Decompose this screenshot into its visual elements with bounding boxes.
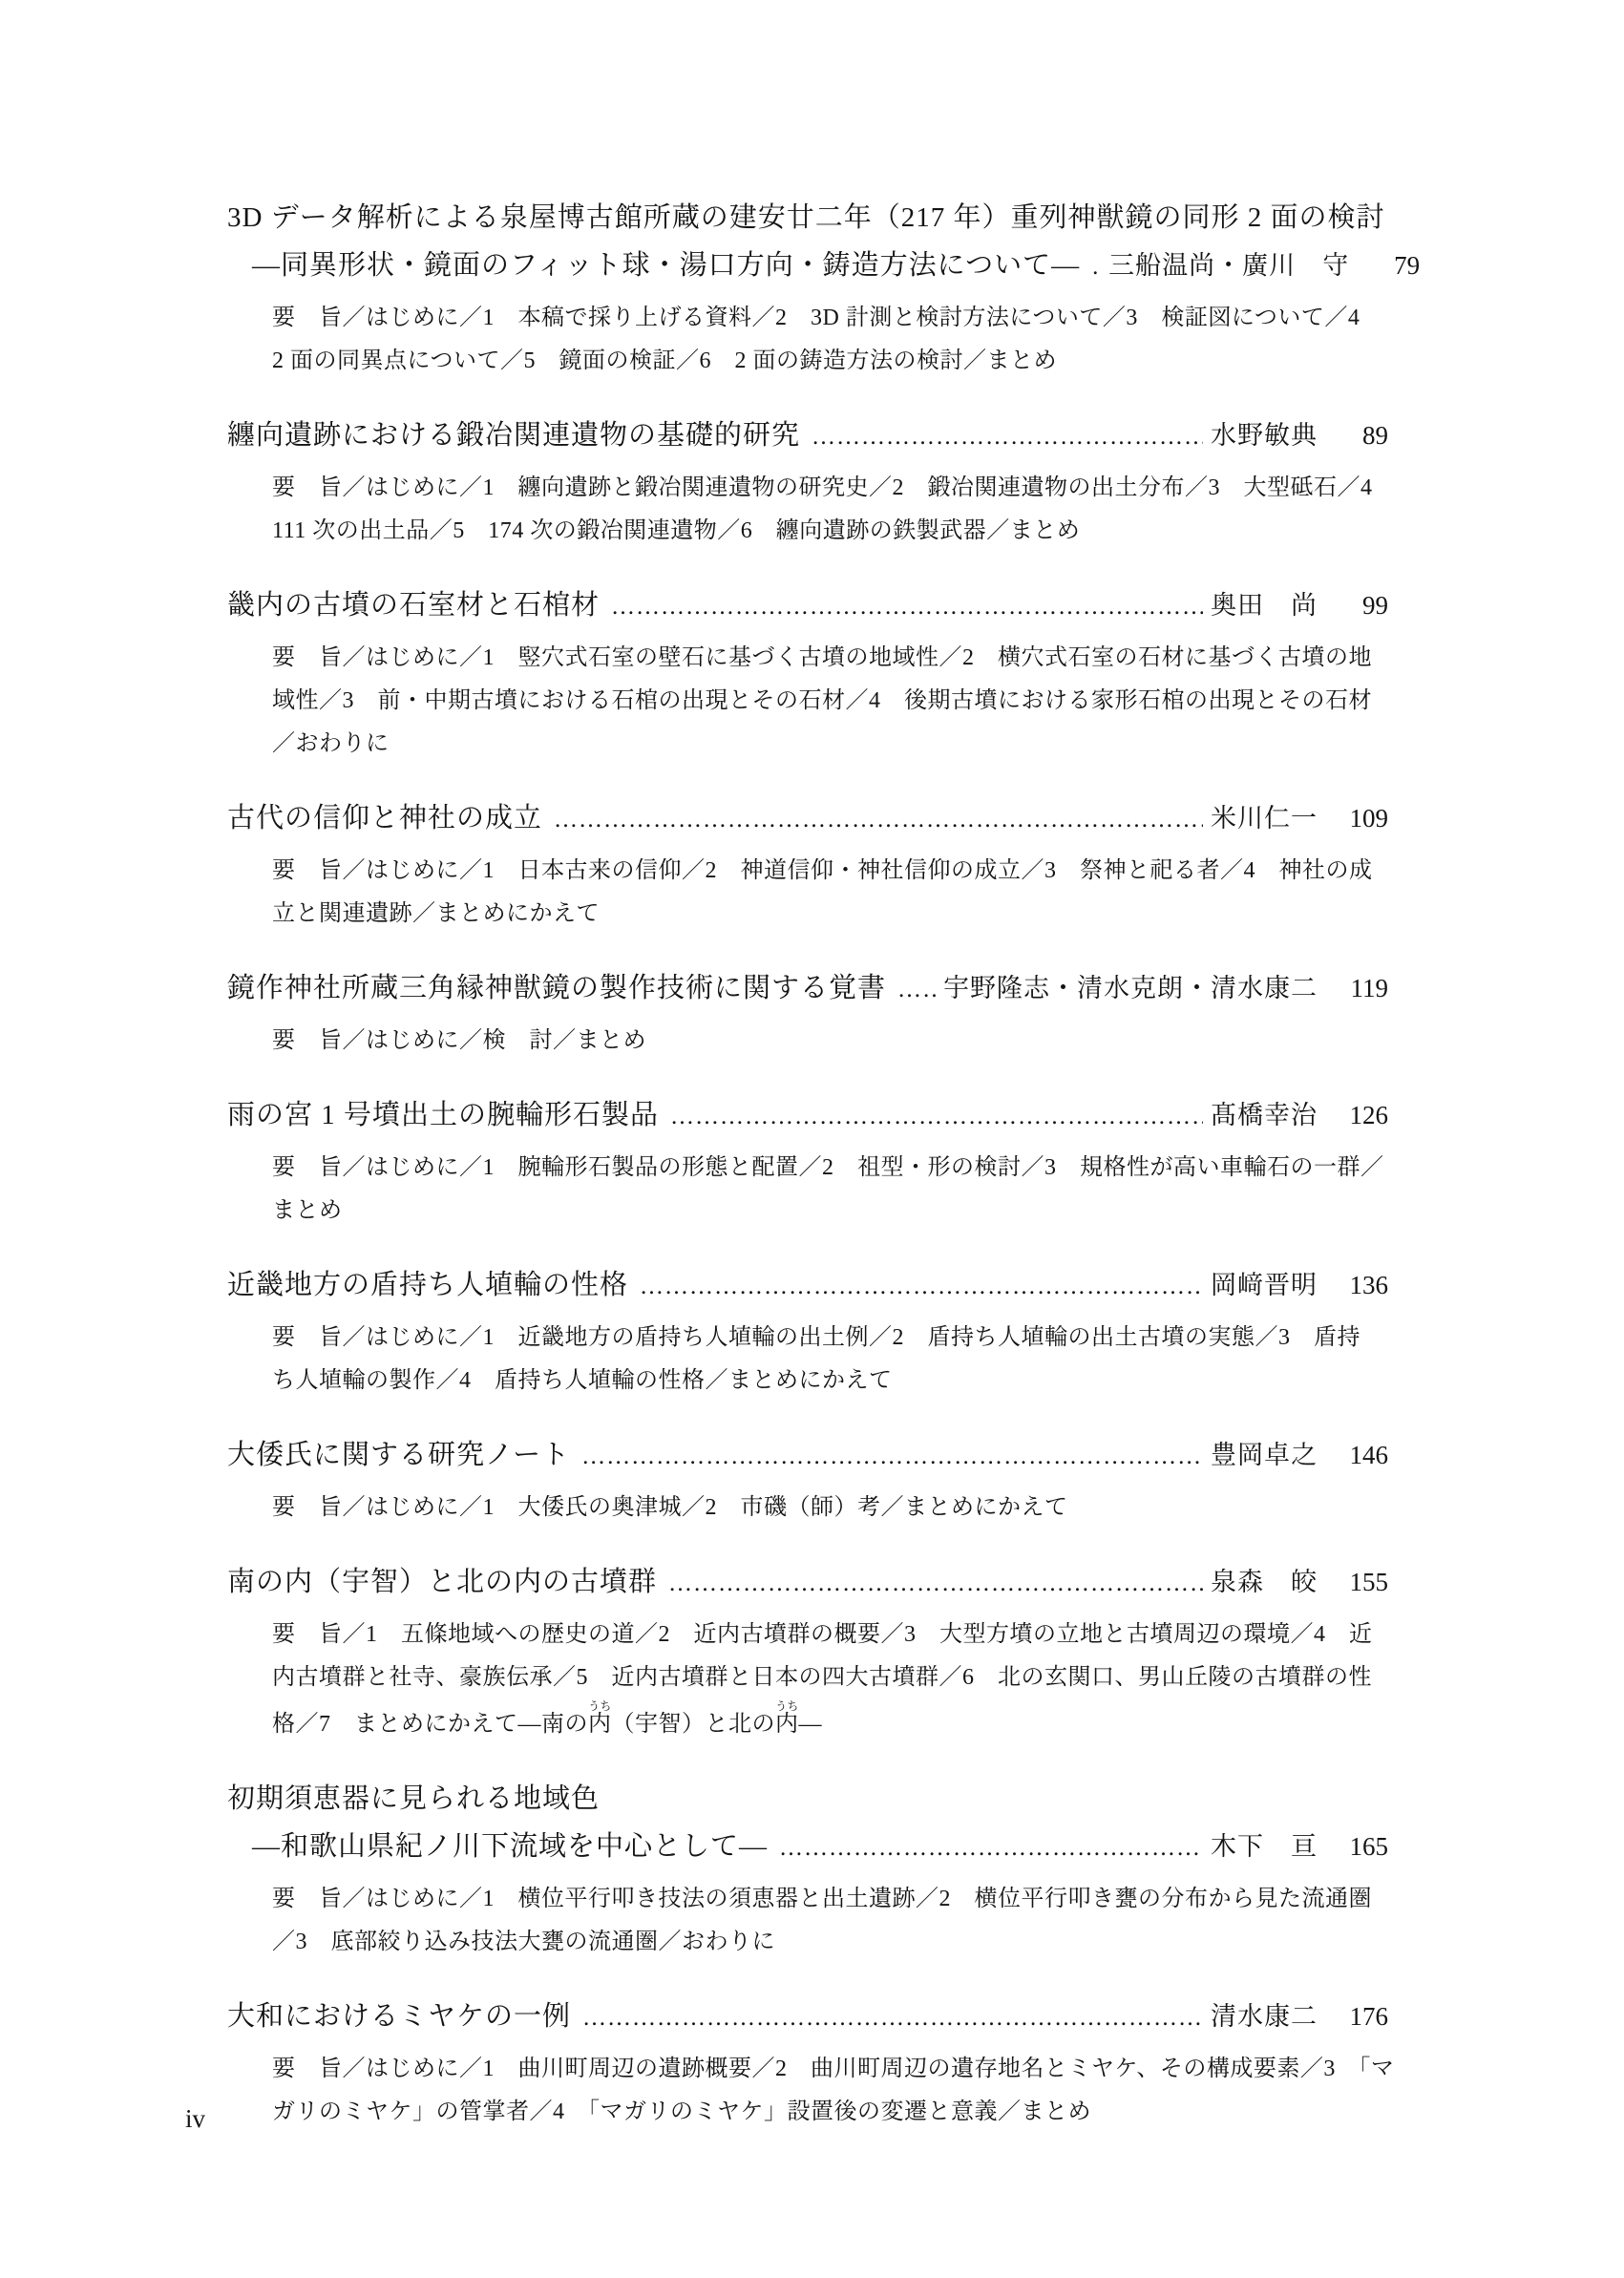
summary-line: 111 次の出土品／5 174 次の鍛冶関連遺物／6 纏向遺跡の鉄製武器／まとめ [272,510,1388,553]
article-summary: 要 旨／はじめに／検 討／まとめ [272,1020,1388,1063]
summary-text: （宇智）と北の [612,1712,776,1737]
toc-entry: 鏡作神社所蔵三角縁神獣鏡の製作技術に関する覚書 …………………………………………… [227,971,1388,1063]
article-title: 大和におけるミヤケの一例 [227,1999,571,2034]
toc-entry: 南の内（宇智）と北の内の古墳群 ………………………………………………………………… [227,1565,1388,1746]
ruby-text: うち [775,1699,798,1713]
article-summary: 要 旨／はじめに／1 近畿地方の盾持ち人埴輪の出土例／2 盾持ち人埴輪の出土古墳… [272,1317,1388,1403]
article-title: 鏡作神社所蔵三角縁神獣鏡の製作技術に関する覚書 [227,971,886,1005]
summary-line: 要 旨／はじめに／1 竪穴式石室の壁石に基づく古墳の地域性／2 横穴式石室の石材… [272,637,1388,680]
toc-page: 3D データ解析による泉屋博古館所蔵の建安廿二年（217 年）重列神獣鏡の同形 … [0,0,1624,2278]
toc-entry: 3D データ解析による泉屋博古館所蔵の建安廿二年（217 年）重列神獣鏡の同形 … [227,200,1388,383]
page-number-footer: iv [185,2104,205,2134]
dot-leader: …………………………………………………………………………………………………………… [640,1270,1203,1304]
article-summary: 要 旨／1 五條地域への歴史の道／2 近内古墳群の概要／3 大型方墳の立地と古墳… [272,1614,1388,1746]
summary-line: 要 旨／はじめに／1 曲川町周辺の遺跡概要／2 曲川町周辺の遺存地名とミヤケ、そ… [272,2048,1388,2091]
toc-entry: 古代の信仰と神社の成立 …………………………………………………………………………… [227,801,1388,936]
article-title: 初期須恵器に見られる地域色 [227,1782,600,1816]
article-title: 南の内（宇智）と北の内の古墳群 [227,1565,657,1599]
summary-line: 立と関連遺跡／まとめにかえて [272,893,1388,936]
summary-line: 要 旨／はじめに／1 纏向遺跡と鍛冶関連遺物の研究史／2 鍛冶関連遺物の出土分布… [272,467,1388,510]
article-summary: 要 旨／はじめに／1 本稿で採り上げる資料／2 3D 計測と検討方法について／3… [272,297,1388,383]
title-row: 3D データ解析による泉屋博古館所蔵の建安廿二年（217 年）重列神獣鏡の同形 … [227,200,1388,235]
article-page-number: 176 [1337,1999,1388,2034]
article-summary: 要 旨／はじめに／1 腕輪形石製品の形態と配置／2 祖型・形の検討／3 規格性が… [272,1147,1388,1233]
summary-line: 2 面の同異点について／5 鏡面の検証／6 2 面の鋳造方法の検討／まとめ [272,340,1388,383]
article-authors: 豊岡卓之 [1211,1438,1318,1472]
summary-line: まとめ [272,1190,1388,1233]
article-authors: 水野敏典 [1211,418,1318,453]
article-authors: 泉森 皎 [1211,1565,1318,1599]
dot-leader: …………………………………………………………………………………………………………… [1091,250,1101,285]
dot-leader: …………………………………………………………………………………………………………… [554,803,1203,837]
summary-line: 域性／3 前・中期古墳における石棺の出現とその石材／4 後期古墳における家形石棺… [272,680,1388,723]
title-row: 雨の宮 1 号墳出土の腕輪形石製品 …………………………………………………………… [227,1098,1388,1134]
title-row: 鏡作神社所蔵三角縁神獣鏡の製作技術に関する覚書 …………………………………………… [227,971,1388,1007]
furigana-ruby: 内うち [588,1712,612,1737]
title-row: 古代の信仰と神社の成立 …………………………………………………………………………… [227,801,1388,837]
ruby-text: うち [588,1699,611,1713]
toc-entry: 大倭氏に関する研究ノート ………………………………………………………………………… [227,1438,1388,1529]
article-summary: 要 旨／はじめに／1 纏向遺跡と鍛冶関連遺物の研究史／2 鍛冶関連遺物の出土分布… [272,467,1388,553]
toc-entry: 纏向遺跡における鍛冶関連遺物の基礎的研究 …………………………………………………… [227,418,1388,553]
article-title: 纏向遺跡における鍛冶関連遺物の基礎的研究 [227,418,800,453]
article-summary: 要 旨／はじめに／1 竪穴式石室の壁石に基づく古墳の地域性／2 横穴式石室の石材… [272,637,1388,766]
dot-leader: …………………………………………………………………………………………………………… [812,420,1203,454]
article-subtitle: ―同異形状・鏡面のフィット球・湯口方向・鋳造方法について― [252,248,1080,283]
title-row: 纏向遺跡における鍛冶関連遺物の基礎的研究 …………………………………………………… [227,418,1388,454]
toc-entry: 大和におけるミヤケの一例 ………………………………………………………………………… [227,1999,1388,2134]
article-page-number: 165 [1337,1829,1388,1864]
article-authors: 岡﨑晋明 [1211,1268,1318,1302]
title-row: 近畿地方の盾持ち人埴輪の性格 …………………………………………………………………… [227,1268,1388,1304]
article-summary: 要 旨／はじめに／1 横位平行叩き技法の須恵器と出土遺跡／2 横位平行叩き甕の分… [272,1878,1388,1964]
ruby-base: 内 [775,1712,799,1737]
summary-line: 要 旨／はじめに／1 近畿地方の盾持ち人埴輪の出土例／2 盾持ち人埴輪の出土古墳… [272,1317,1388,1360]
title-row: 大和におけるミヤケの一例 ………………………………………………………………………… [227,1999,1388,2035]
toc-entry: 近畿地方の盾持ち人埴輪の性格 …………………………………………………………………… [227,1268,1388,1403]
article-page-number: 155 [1337,1565,1388,1599]
title-row: 大倭氏に関する研究ノート ………………………………………………………………………… [227,1438,1388,1474]
title-row: 初期須恵器に見られる地域色 [227,1782,1388,1816]
dot-leader: …………………………………………………………………………………………………………… [582,2001,1203,2035]
summary-line: ち人埴輪の製作／4 盾持ち人埴輪の性格／まとめにかえて [272,1360,1388,1403]
summary-line: 要 旨／はじめに／1 本稿で採り上げる資料／2 3D 計測と検討方法について／3… [272,297,1388,340]
article-authors: 清水康二 [1211,1999,1318,2034]
article-title: 雨の宮 1 号墳出土の腕輪形石製品 [227,1098,659,1132]
subtitle-row: ―同異形状・鏡面のフィット球・湯口方向・鋳造方法について― …………………………… [227,248,1388,285]
dot-leader: …………………………………………………………………………………………………………… [581,1440,1203,1474]
toc-entry: 初期須恵器に見られる地域色 ―和歌山県紀ノ川下流域を中心として― …………………… [227,1782,1388,1964]
article-summary: 要 旨／はじめに／1 曲川町周辺の遺跡概要／2 曲川町周辺の遺存地名とミヤケ、そ… [272,2048,1388,2134]
dot-leader: …………………………………………………………………………………………………………… [670,1100,1203,1134]
article-page-number: 146 [1337,1438,1388,1472]
ruby-base: 内 [588,1712,612,1737]
article-page-number: 79 [1368,248,1420,283]
article-authors: 三船温尚・廣川 守 [1108,248,1349,283]
article-title: 古代の信仰と神社の成立 [227,801,542,835]
article-summary: 要 旨／はじめに／1 日本古来の信仰／2 神道信仰・神社信仰の成立／3 祭神と祀… [272,850,1388,936]
article-authors: 米川仁一 [1211,801,1318,835]
article-title: 近畿地方の盾持ち人埴輪の性格 [227,1268,628,1302]
title-row: 南の内（宇智）と北の内の古墳群 ………………………………………………………………… [227,1565,1388,1601]
article-page-number: 89 [1337,418,1388,453]
article-title: 3D データ解析による泉屋博古館所蔵の建安廿二年（217 年）重列神獣鏡の同形 … [227,200,1384,235]
summary-line: 要 旨／はじめに／検 討／まとめ [272,1020,1388,1063]
article-authors: 宇野隆志・清水克朗・清水康二 [943,971,1318,1005]
summary-line: 要 旨／1 五條地域への歴史の道／2 近内古墳群の概要／3 大型方墳の立地と古墳… [272,1614,1388,1656]
article-page-number: 99 [1337,588,1388,622]
dot-leader: …………………………………………………………………………………………………………… [779,1831,1203,1866]
summary-line: 要 旨／はじめに／1 日本古来の信仰／2 神道信仰・神社信仰の成立／3 祭神と祀… [272,850,1388,893]
summary-line: ／おわりに [272,723,1388,766]
furigana-ruby: 内うち [775,1712,799,1737]
summary-line: ガリのミヤケ」の管掌者／4 「マガリのミヤケ」設置後の変遷と意義／まとめ [272,2091,1388,2134]
summary-text: 格／7 まとめにかえて―南の [272,1712,588,1737]
subtitle-row: ―和歌山県紀ノ川下流域を中心として― ………………………………………………………… [227,1829,1388,1866]
article-title: 畿内の古墳の石室材と石棺材 [227,588,600,622]
summary-line: 要 旨／はじめに／1 腕輪形石製品の形態と配置／2 祖型・形の検討／3 規格性が… [272,1147,1388,1190]
summary-line: 内古墳群と社寺、豪族伝承／5 近内古墳群と日本の四大古墳群／6 北の玄関口、男山… [272,1656,1388,1699]
summary-text: ― [799,1712,823,1737]
article-page-number: 109 [1337,801,1388,835]
article-title: 大倭氏に関する研究ノート [227,1438,570,1472]
dot-leader: …………………………………………………………………………………………………………… [668,1567,1203,1601]
article-page-number: 119 [1337,971,1388,1005]
summary-line: 要 旨／はじめに／1 大倭氏の奥津城／2 市磯（師）考／まとめにかえて [272,1487,1388,1529]
article-summary: 要 旨／はじめに／1 大倭氏の奥津城／2 市磯（師）考／まとめにかえて [272,1487,1388,1529]
article-authors: 木下 亘 [1211,1829,1318,1864]
dot-leader: …………………………………………………………………………………………………………… [611,590,1203,624]
toc-entry: 雨の宮 1 号墳出土の腕輪形石製品 …………………………………………………………… [227,1098,1388,1233]
title-row: 畿内の古墳の石室材と石棺材 ……………………………………………………………………… [227,588,1388,624]
toc-entry: 畿内の古墳の石室材と石棺材 ……………………………………………………………………… [227,588,1388,766]
dot-leader: …………………………………………………………………………………………………………… [897,973,936,1007]
summary-line: 要 旨／はじめに／1 横位平行叩き技法の須恵器と出土遺跡／2 横位平行叩き甕の分… [272,1878,1388,1921]
article-subtitle: ―和歌山県紀ノ川下流域を中心として― [252,1829,768,1864]
article-page-number: 126 [1337,1098,1388,1132]
toc-content: 3D データ解析による泉屋博古館所蔵の建安廿二年（217 年）重列神獣鏡の同形 … [227,200,1388,2169]
article-authors: 奥田 尚 [1211,588,1318,622]
article-page-number: 136 [1337,1268,1388,1302]
summary-line: ／3 底部絞り込み技法大甕の流通圏／おわりに [272,1921,1388,1964]
summary-line-with-furigana: 格／7 まとめにかえて―南の内うち（宇智）と北の内うち― [272,1699,1388,1746]
article-authors: 髙橋幸治 [1211,1098,1318,1132]
